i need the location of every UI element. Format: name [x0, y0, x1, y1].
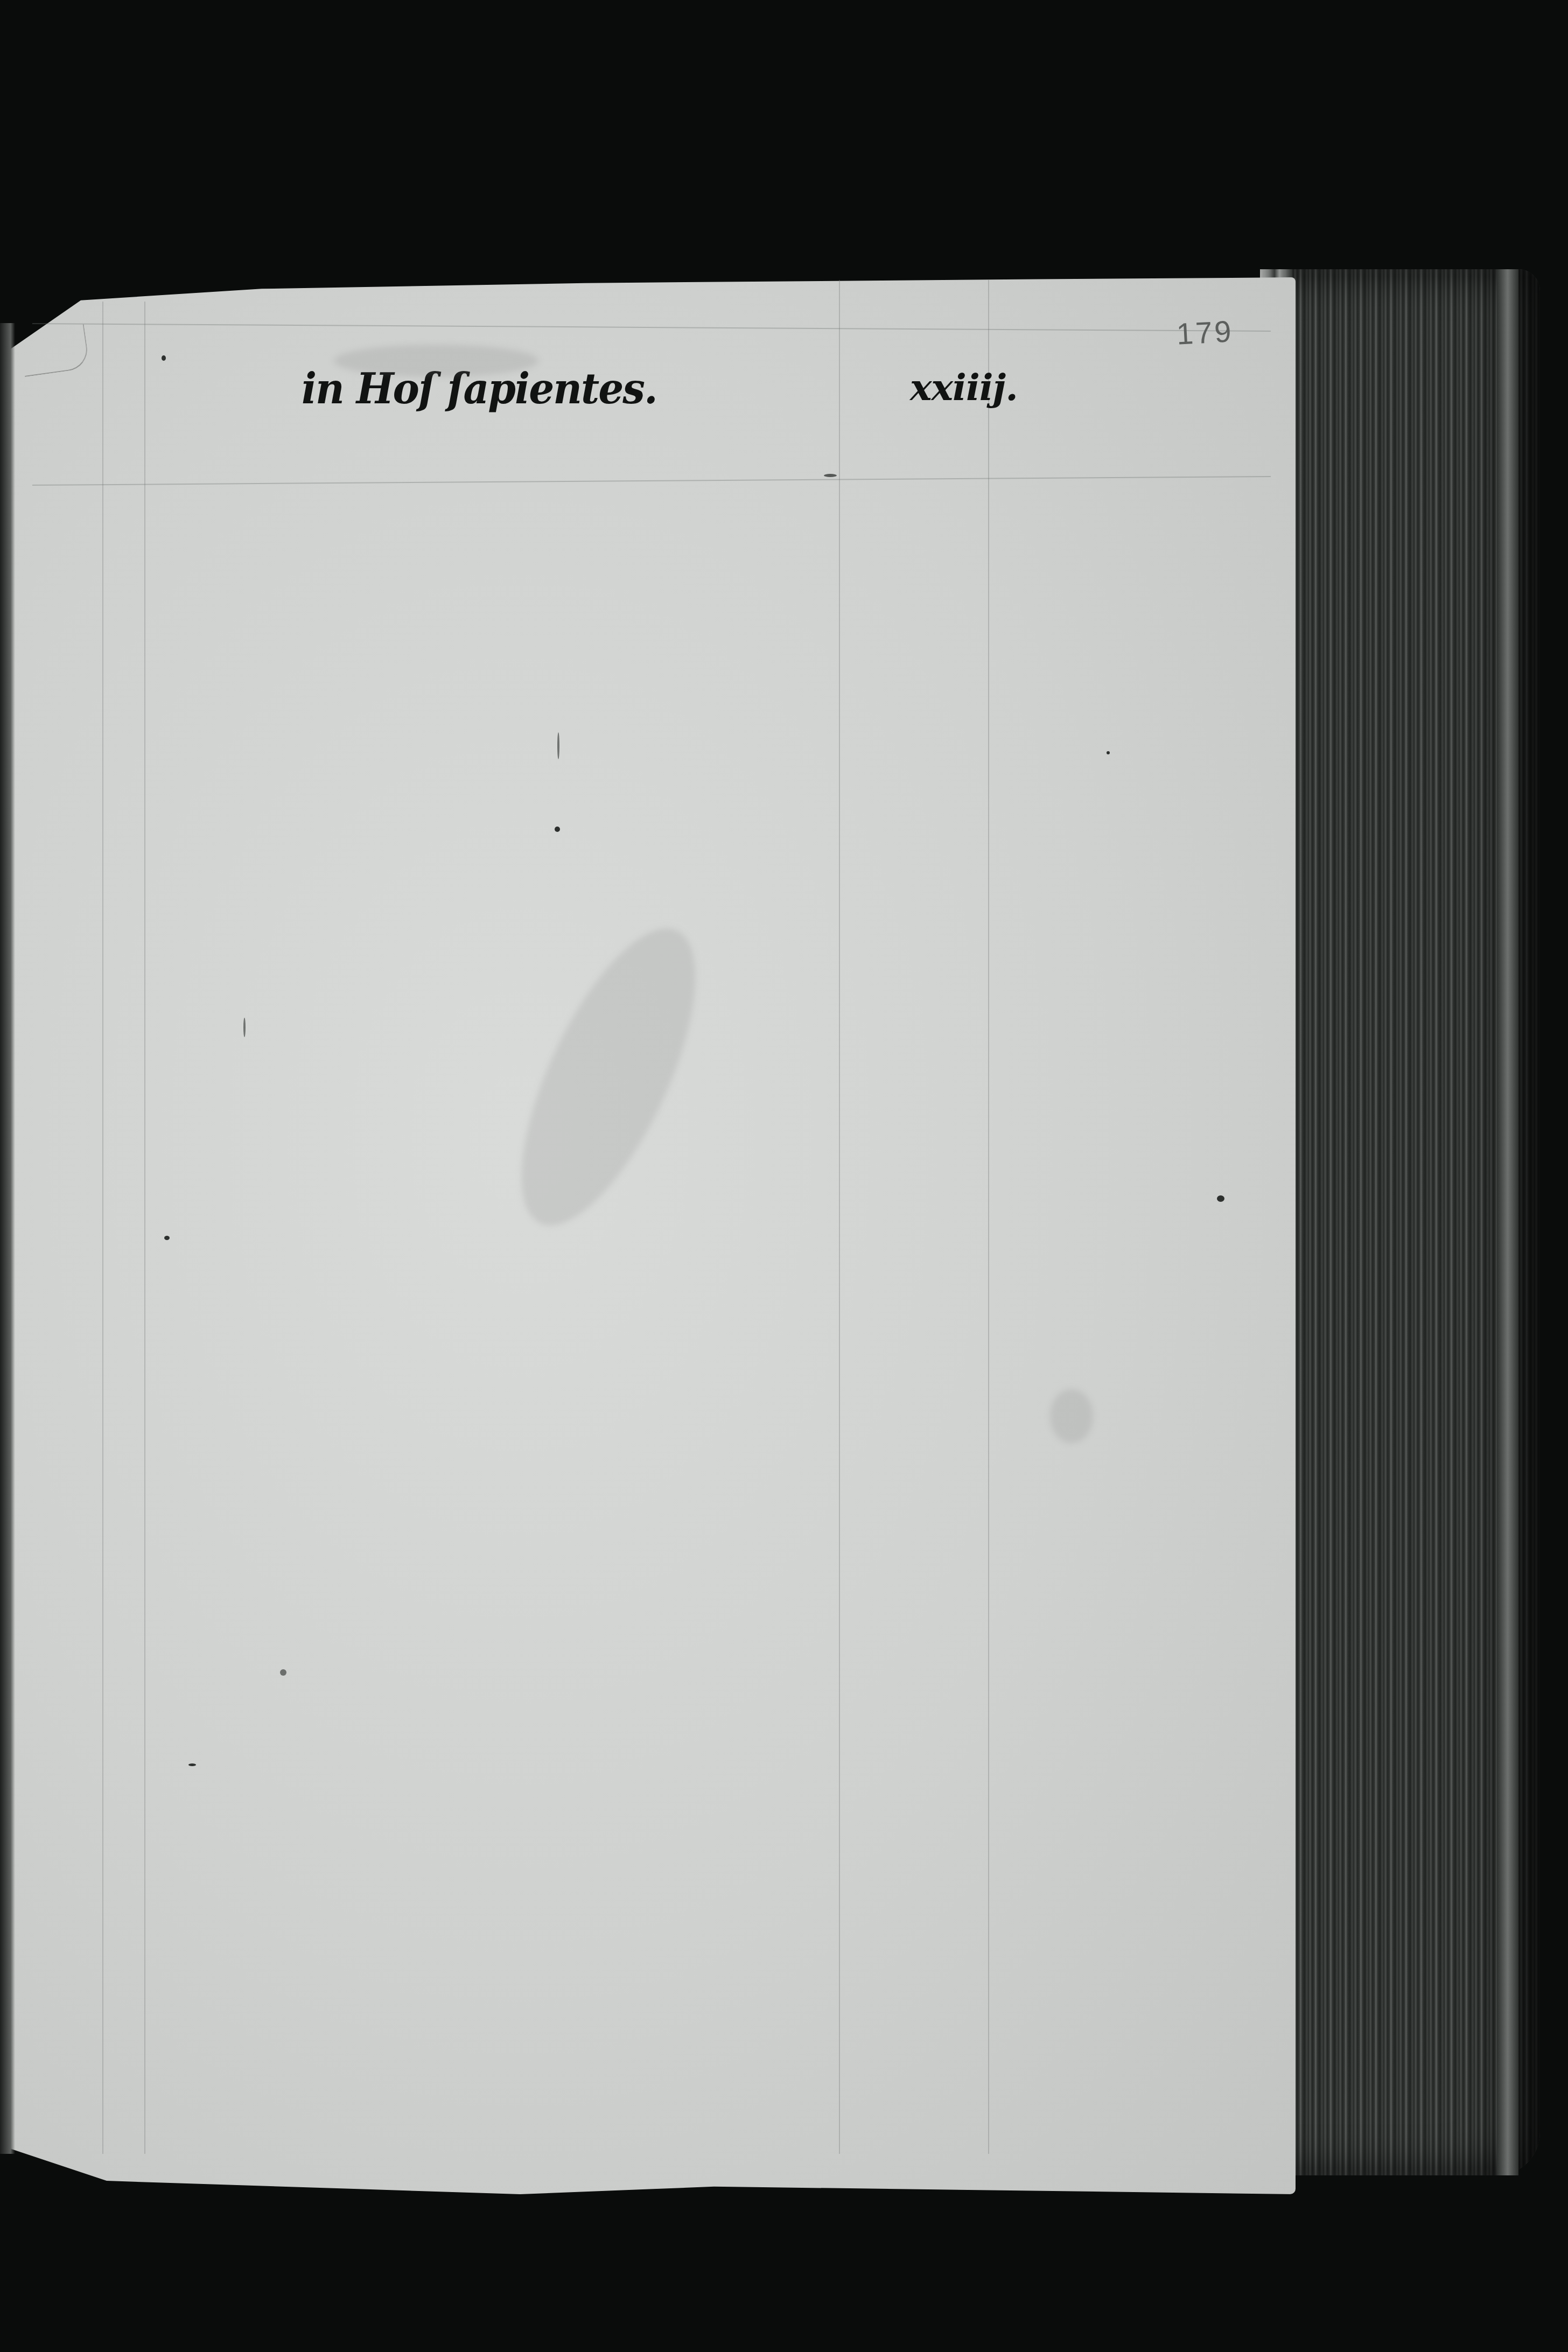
- paper-speck: [280, 1669, 286, 1676]
- paper-speck: [164, 1236, 170, 1240]
- printed-folio-number: xxiiij.: [910, 366, 1018, 409]
- ruling-line-left-outer: [102, 302, 103, 2154]
- paper-speck: [824, 474, 837, 477]
- paper-speck: [1107, 751, 1110, 754]
- paper-stain: [1050, 1389, 1093, 1443]
- ruling-line-right-inner: [988, 280, 989, 2154]
- ruling-line-left-inner: [144, 302, 145, 2154]
- book-page: [3, 277, 1296, 2194]
- paper-speck: [188, 1763, 196, 1766]
- pencil-folio-number: 179: [1175, 313, 1234, 351]
- paper-speck: [557, 732, 559, 759]
- paper-speck: [555, 827, 560, 832]
- book-fore-edge: [1260, 269, 1540, 2175]
- paper-speck: [243, 1018, 246, 1037]
- ruling-line-center: [839, 280, 840, 2154]
- paper-speck: [1217, 1195, 1224, 1202]
- paper-stain: [334, 345, 538, 377]
- paper-speck: [162, 355, 166, 361]
- binding-shadow: [0, 323, 15, 2154]
